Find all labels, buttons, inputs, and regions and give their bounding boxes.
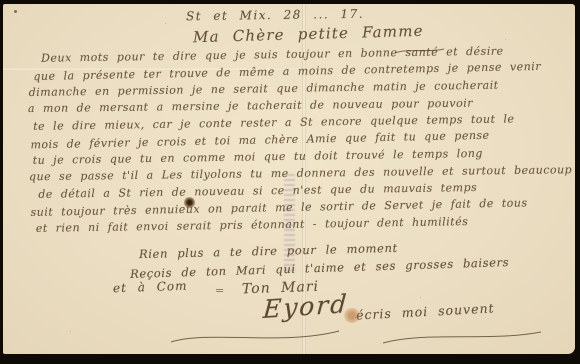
- date-line: St et Mix. 28 ... 17.: [186, 7, 364, 23]
- ink-spot: [183, 197, 196, 208]
- signature-flourish: [171, 326, 341, 350]
- letter-body: Deux mots pour te dire que je suis toujo…: [27, 42, 570, 237]
- scan-frame: St et Mix. 28 ... 17. Ma Chère petite Fa…: [0, 0, 580, 364]
- postscript-note: écris moi souvent: [356, 300, 495, 322]
- salutation: Ma Chère petite Famme: [193, 22, 424, 46]
- closing-line: Rien plus a te dire pour le moment: [139, 241, 398, 261]
- paper-speck: [14, 10, 17, 13]
- stain-mark: [343, 308, 361, 323]
- postcard: St et Mix. 28 ... 17. Ma Chère petite Fa…: [3, 4, 575, 354]
- postscript-flourish: [383, 326, 543, 350]
- signature: Eyord: [262, 289, 349, 324]
- ps-left: et à Com: [113, 279, 188, 296]
- equals-mark: =: [215, 284, 224, 297]
